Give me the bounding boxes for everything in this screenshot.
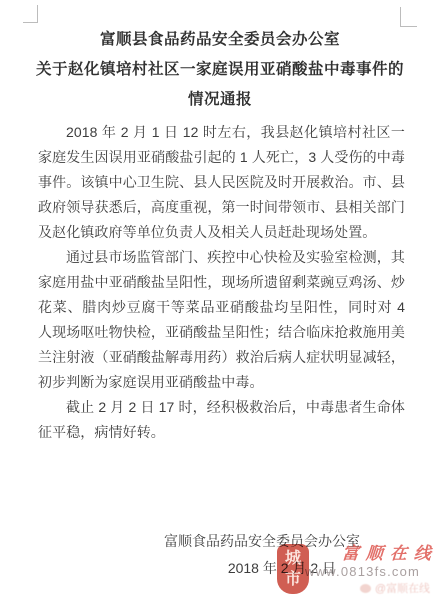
watermark-site-url: www.0813fs.com [305, 564, 420, 579]
title-line-type: 情况通报 [0, 85, 440, 115]
red-seal-logo-icon: 城 市 [277, 544, 309, 594]
title-line-org: 富顺县食品药品安全委员会办公室 [0, 25, 440, 55]
document-body: 2018 年 2 月 1 日 12 时左右，我县赵化镇培村社区一家庭发生因误用亚… [38, 120, 405, 445]
watermark-footer: @富顺在线 [360, 580, 430, 596]
document-page: 富顺县食品药品安全委员会办公室 关于赵化镇培村社区一家庭误用亚硝酸盐中毒事件的 … [0, 0, 440, 597]
paragraph-investigation: 通过县市场监管部门、疾控中心快检及实验室检测，其家庭用盐中亚硝酸盐呈阳性，现场所… [38, 245, 405, 395]
paragraph-incident: 2018 年 2 月 1 日 12 时左右，我县赵化镇培村社区一家庭发生因误用亚… [38, 120, 405, 245]
seal-character-top: 城 [285, 548, 301, 569]
watermark-footer-text: @富顺在线 [375, 580, 430, 596]
page-margin-mark-top-left [23, 5, 38, 23]
title-line-subject: 关于赵化镇培村社区一家庭误用亚硝酸盐中毒事件的 [0, 55, 440, 85]
page-margin-mark-top-right [400, 7, 417, 27]
watermark-site-name: 富顺在线 [341, 539, 439, 564]
site-logo-icon [360, 584, 371, 593]
paragraph-status: 截止 2 月 2 日 17 时，经积极救治后，中毒患者生命体征平稳，病情好转。 [38, 395, 405, 445]
seal-character-bottom: 市 [285, 569, 301, 590]
document-title: 富顺县食品药品安全委员会办公室 关于赵化镇培村社区一家庭误用亚硝酸盐中毒事件的 … [0, 25, 440, 115]
